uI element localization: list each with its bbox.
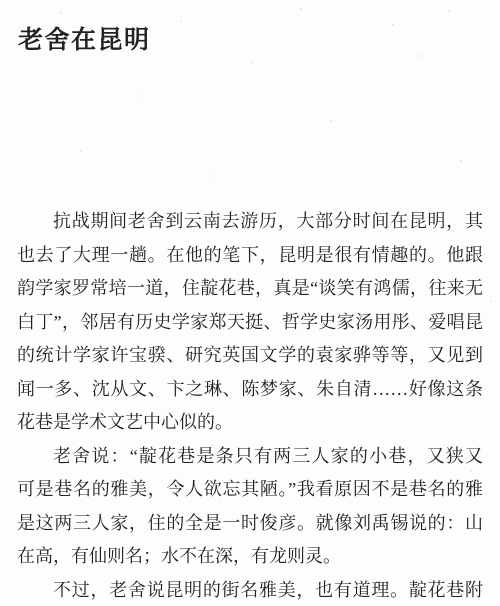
- text-line: 是这两三人家，住的全是一时俊彦。就像刘禹锡说的：山不: [17, 507, 483, 541]
- text-line: 老舍说：“靛花巷是条只有两三人家的小巷，又狭又脏。: [17, 440, 483, 474]
- scanned-page: 老舍在昆明 抗战期间老舍到云南去游历，大部分时间在昆明，其间 也去了大理一趟。在…: [0, 0, 500, 606]
- text-line: 的统计学家许宝骙、研究英国文学的袁家骅等等，又见到了: [17, 339, 483, 373]
- text-line: 也去了大理一趟。在他的笔下，昆明是很有情趣的。他跟音: [17, 239, 483, 273]
- text-line: 花巷是学术文艺中心似的。: [17, 406, 483, 440]
- text-line: 可是巷名的雅美，令人欲忘其陋。”我看原因不是巷名的雅美，: [17, 473, 483, 507]
- text-line: 韵学家罗常培一道，住靛花巷，真是“谈笑有鸿儒，往来无: [17, 272, 483, 306]
- scan-noise-specks: [0, 0, 2, 2]
- text-line: 白丁”，邻居有历史学家郑天挺、哲学史家汤用彤、爱唱昆曲: [17, 306, 483, 340]
- text-line: 闻一多、沈从文、卞之琳、陈梦家、朱自清……好像这条靛: [17, 373, 483, 407]
- text-line: 不过，老舍说昆明的街名雅美，也有道理。靛花巷附近: [17, 574, 483, 606]
- page-title: 老舍在昆明: [18, 20, 151, 56]
- body-text: 抗战期间老舍到云南去游历，大部分时间在昆明，其间 也去了大理一趟。在他的笔下，昆…: [17, 205, 483, 606]
- text-line: 抗战期间老舍到云南去游历，大部分时间在昆明，其间: [17, 205, 483, 239]
- text-line: 在高，有仙则名；水不在深，有龙则灵。: [17, 540, 483, 574]
